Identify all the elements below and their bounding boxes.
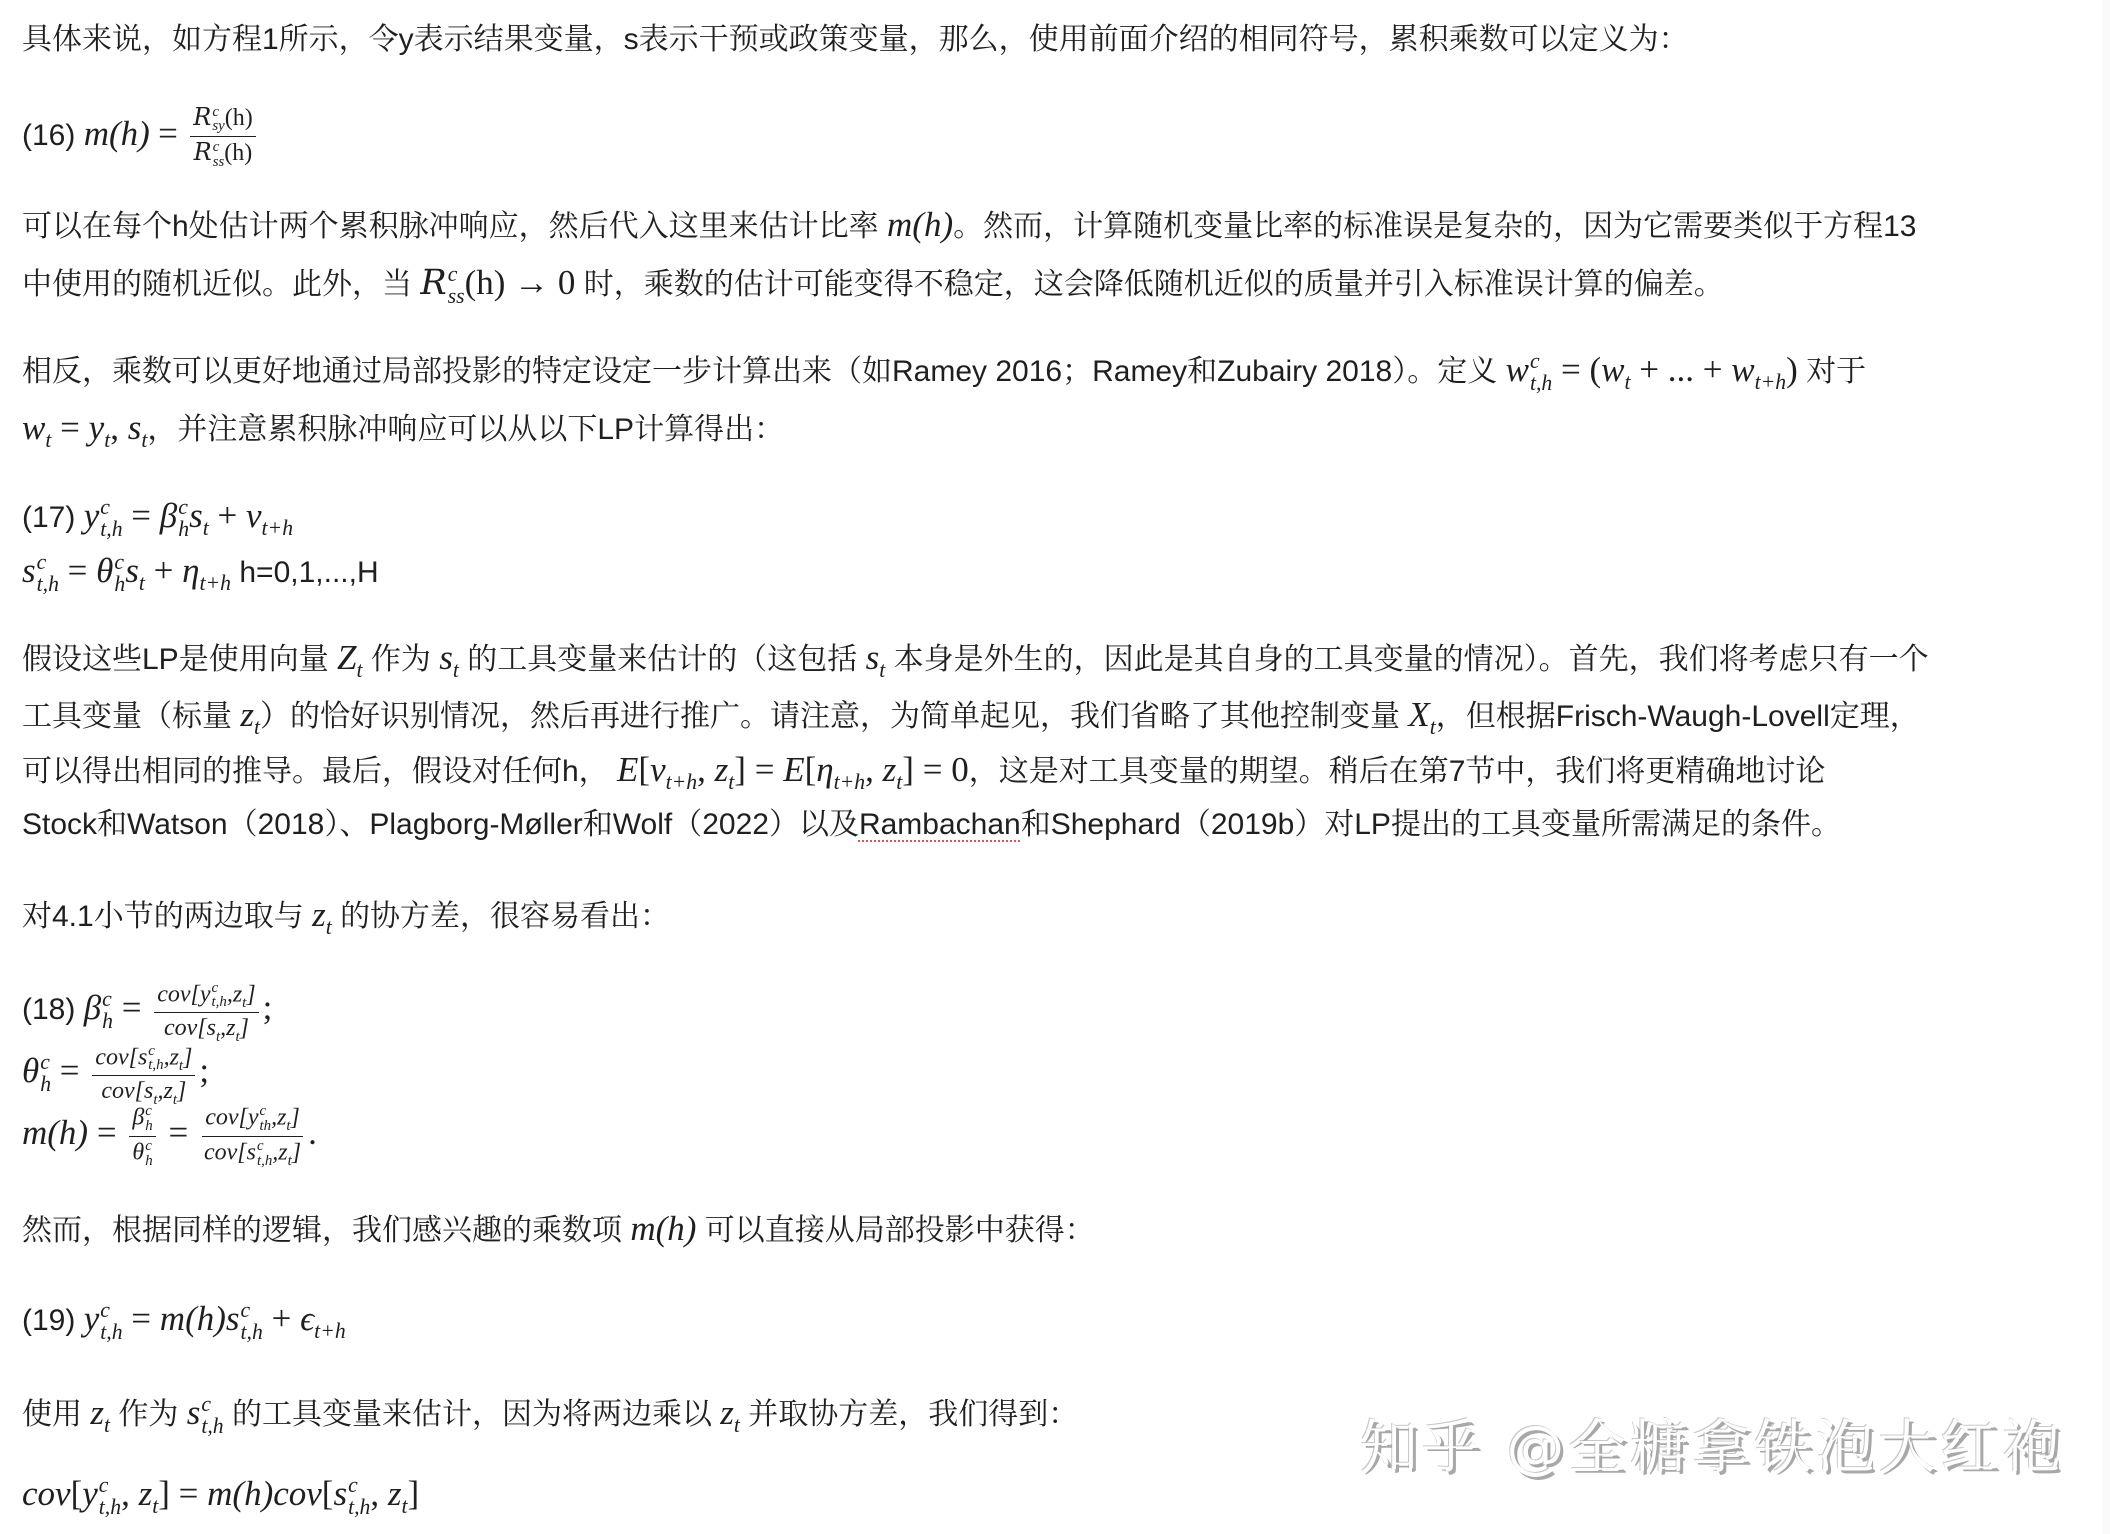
- paragraph-1: 具体来说，如方程1所示，令y表示结果变量，s表示干预或政策变量，那么，使用前面介…: [22, 20, 1689, 60]
- equation-18-line-1: (18) βch = cov[yct,h,zt]cov[st,zt];: [22, 980, 272, 1042]
- equation-18-line-3: m(h) = βchθch = cov[ycth,zt]cov[sct,h,zt…: [22, 1104, 317, 1169]
- paragraph-6: 然而，根据同样的逻辑，我们感兴趣的乘数项 m(h) 可以直接从局部投影中获得：: [22, 1209, 1095, 1251]
- equation-17-line-2: sct,h = θchst + ηt+h h=0,1,...,H: [22, 551, 379, 596]
- watermark: 知乎 @全糖拿铁泡大红袍: [1360, 1412, 2064, 1482]
- paragraph-4-line-1: 假设这些LP是使用向量 Zt 作为 st 的工具变量来估计的（这包括 st 本身…: [22, 638, 1929, 680]
- equation-18-line-2: θch = cov[sct,h,zt]cov[st,zt];: [22, 1043, 209, 1105]
- paragraph-3-line-1: 相反，乘数可以更好地通过局部投影的特定设定一步计算出来（如Ramey 2016；…: [22, 350, 1866, 395]
- spellcheck-word[interactable]: Rambachan: [859, 808, 1021, 841]
- math-equals: =: [158, 114, 178, 153]
- math-inline: m(h): [887, 205, 953, 244]
- paragraph-4-line-4: Stock和Watson（2018）、Plagborg-Møller和Wolf（…: [22, 805, 1841, 845]
- paragraph-4-line-2: 工具变量（标量 zt）的恰好识别情况，然后再进行推广。请注意，为简单起见，我们省…: [22, 695, 1920, 737]
- paragraph-4-line-3: 可以得出相同的推导。最后，假设对任何h， E[vt+h, zt] = E[ηt+…: [22, 750, 1825, 792]
- paragraph-2-line-1: 可以在每个h处估计两个累积脉冲响应，然后代入这里来估计比率 m(h)。然而，计算…: [22, 205, 1917, 247]
- paragraph-text: 具体来说，如方程1所示，令y表示结果变量，s表示干预或政策变量，那么，使用前面介…: [22, 23, 1689, 56]
- paragraph-2-line-2: 中使用的随机近似。此外，当 Rcss(h) → 0 时，乘数的估计可能变得不稳定…: [22, 263, 1724, 308]
- paragraph-5: 对4.1小节的两边取与 zt 的协方差，很容易看出：: [22, 895, 670, 937]
- paragraph-7: 使用 zt 作为 sct,h 的工具变量来估计，因为将两边乘以 zt 并取协方差…: [22, 1393, 1078, 1438]
- equation-final: cov[yct,h, zt] = m(h)cov[sct,h, zt]: [22, 1474, 419, 1519]
- paragraph-3-line-2: wt = yt, st，并注意累积脉冲响应可以从以下LP计算得出：: [22, 408, 784, 450]
- fraction: Rcsy(h) Rcss(h): [190, 104, 255, 170]
- math-lhs: m(h): [84, 114, 150, 153]
- page-edge: [2102, 0, 2110, 1534]
- equation-17-line-1: (17) yct,h = βchst + vt+h: [22, 496, 293, 541]
- equation-16: (16) m(h) = Rcsy(h) Rcss(h): [22, 104, 260, 170]
- equation-label: (16): [22, 119, 75, 152]
- equation-19: (19) yct,h = m(h)sct,h + ϵt+h: [22, 1299, 346, 1344]
